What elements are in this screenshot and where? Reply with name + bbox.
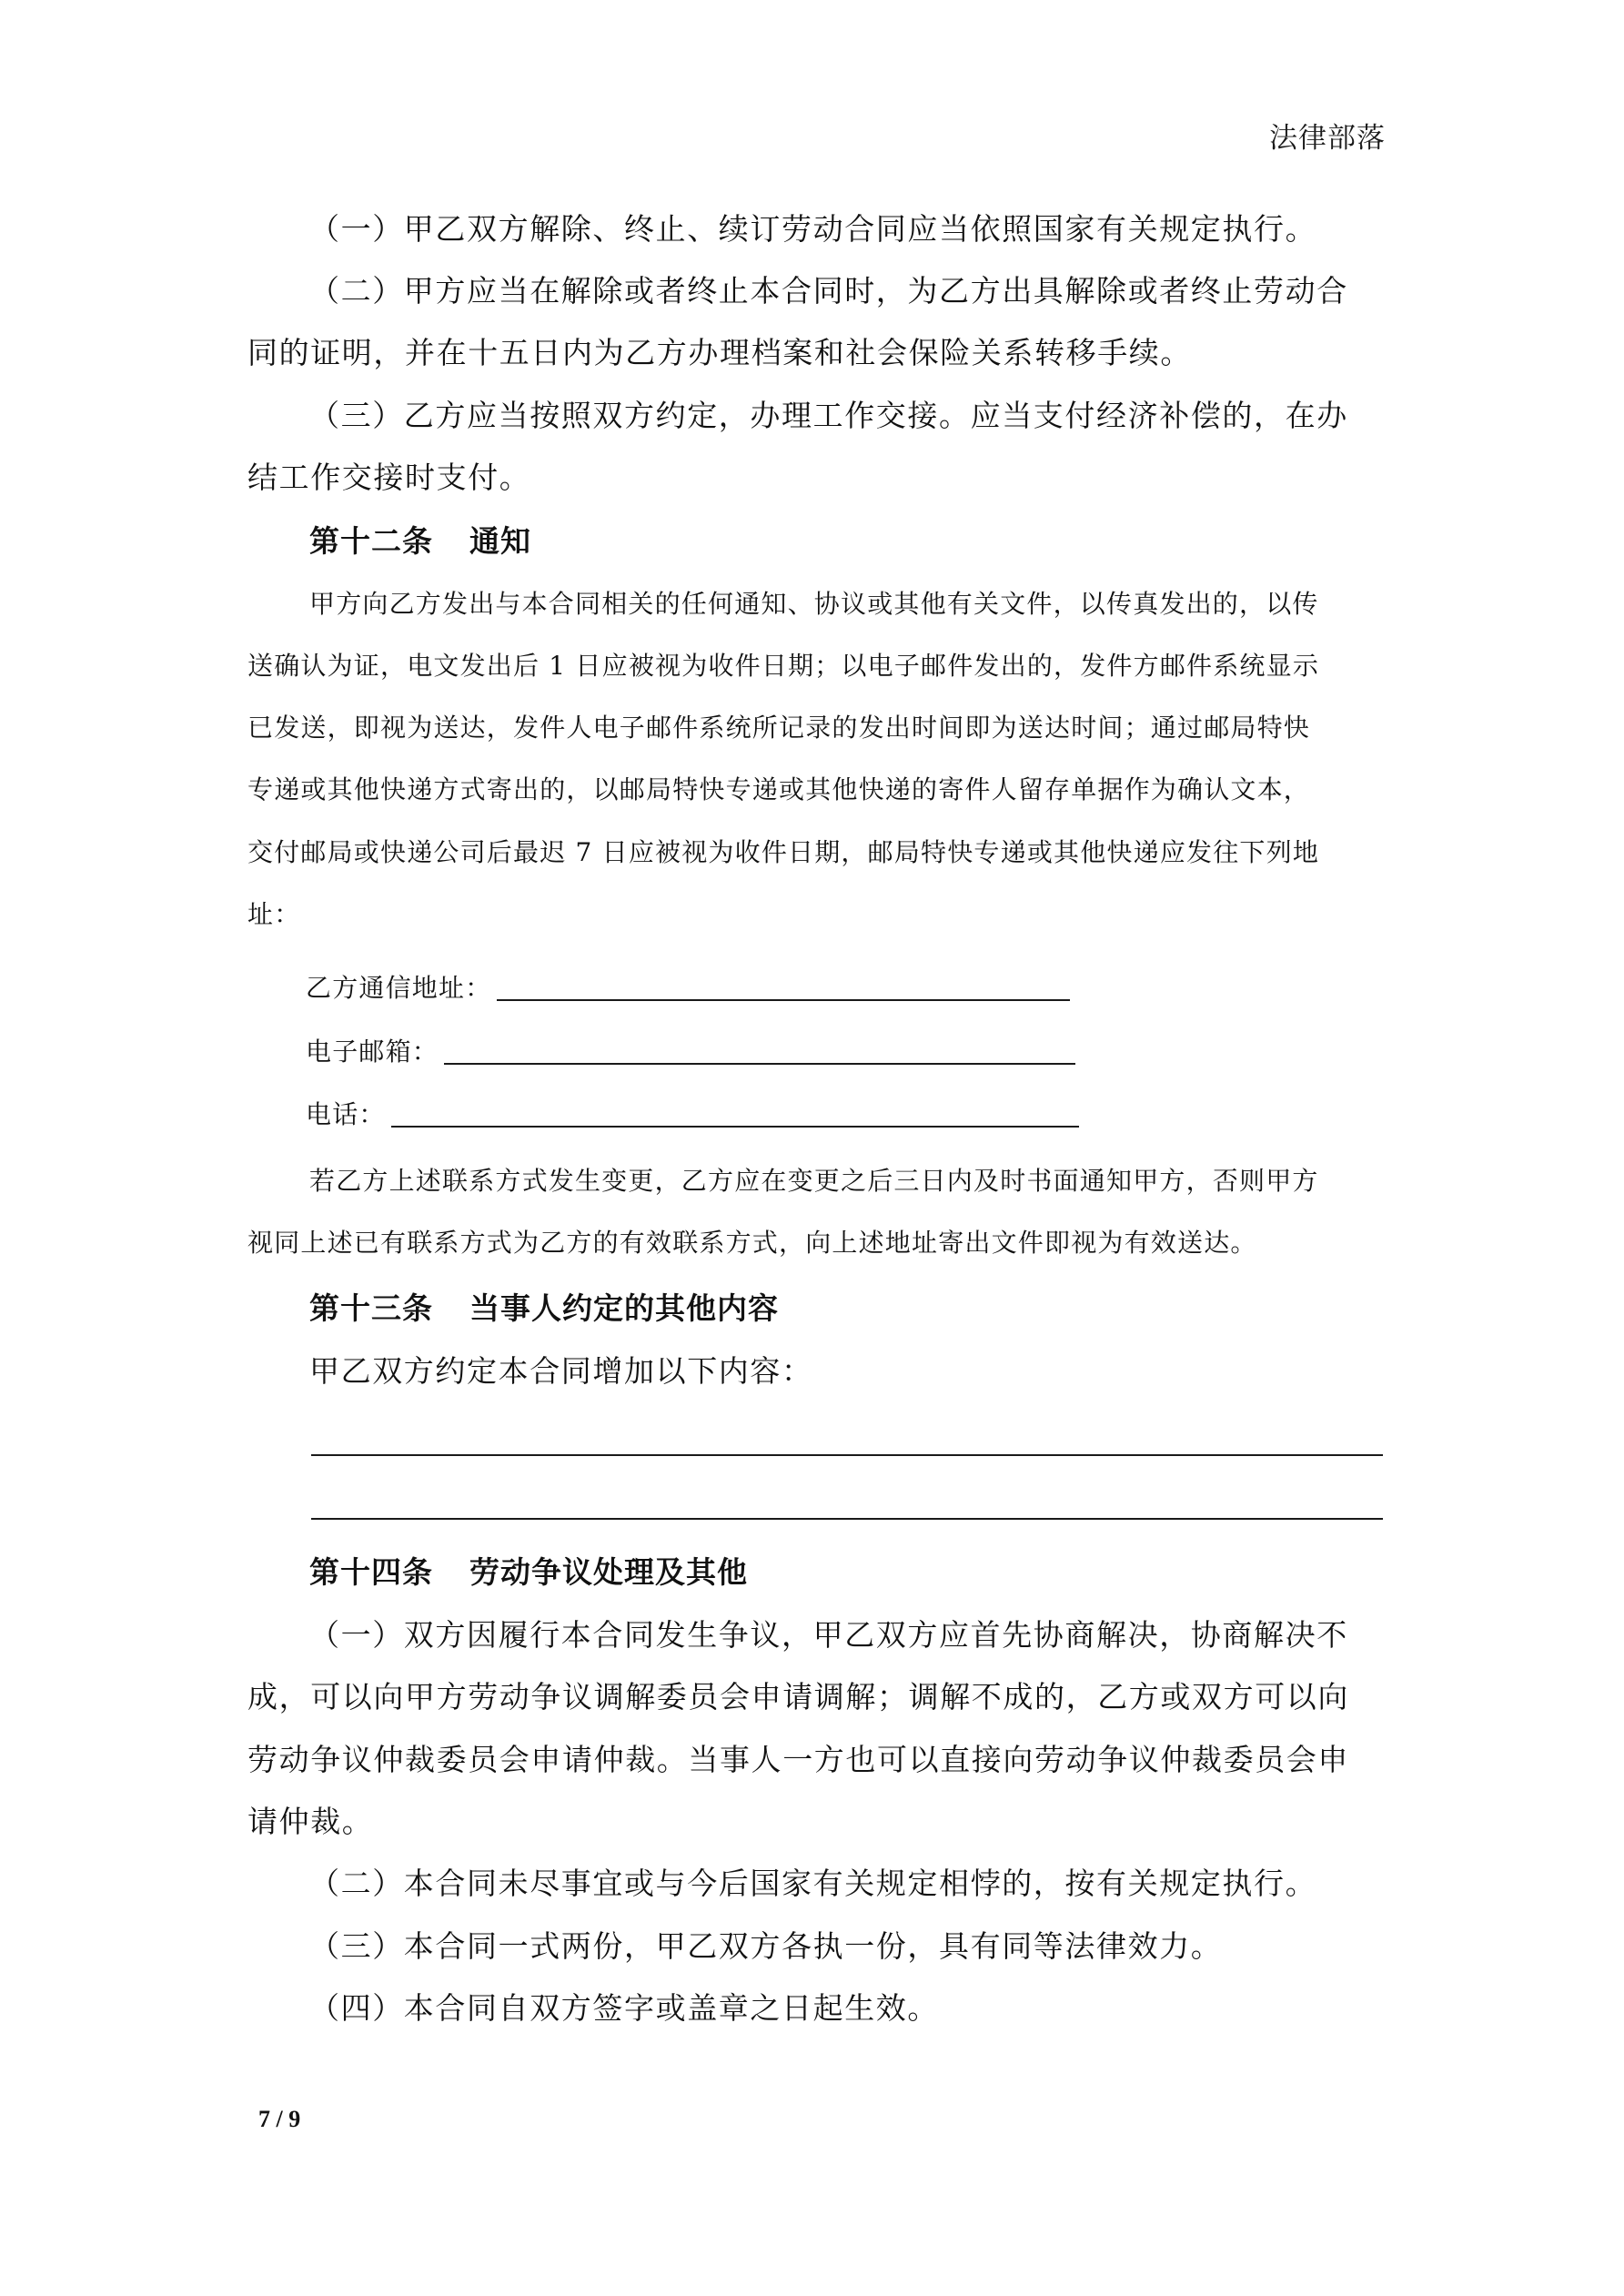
page-number: 7 / 9 bbox=[258, 2106, 300, 2133]
field-label: 电话： bbox=[306, 1098, 386, 1131]
clause-line: 劳动争议仲裁委员会申请仲裁。当事人一方也可以直接向劳动争议仲裁委员会申 bbox=[247, 1742, 1349, 1778]
clause-line: （三）本合同一式两份，甲乙双方各执一份，具有同等法律效力。 bbox=[309, 1928, 1222, 1965]
clause-line: 成，可以向甲方劳动争议调解委员会申请调解；调解不成的，乙方或双方可以向 bbox=[247, 1679, 1349, 1715]
article-number: 第十三条 bbox=[309, 1290, 433, 1326]
clause-line: 请仲裁。 bbox=[247, 1804, 373, 1840]
paragraph-line: 专递或其他快递方式寄出的，以邮局特快专递或其他快递的寄件人留存单据作为确认文本， bbox=[247, 772, 1310, 808]
clause-line: （四）本合同自双方签字或盖章之日起生效。 bbox=[309, 1990, 939, 2027]
clause-line: （一）甲乙双方解除、终止、续订劳动合同应当依照国家有关规定执行。 bbox=[309, 211, 1316, 248]
clause-line: 同的证明，并在十五日内为乙方办理档案和社会保险关系转移手续。 bbox=[247, 335, 1192, 371]
paragraph-line: 交付邮局或快递公司后最迟 7 日应被视为收件日期，邮局特快专递或其他快递应发往下… bbox=[247, 834, 1319, 871]
clause-line: （二）本合同未尽事宜或与今后国家有关规定相悖的，按有关规定执行。 bbox=[309, 1866, 1316, 1902]
clause-line: （二）甲方应当在解除或者终止本合同时，为乙方出具解除或者终止劳动合 bbox=[309, 273, 1348, 309]
article-13-intro: 甲乙双方约定本合同增加以下内容： bbox=[309, 1353, 813, 1390]
article-14-heading: 第十四条劳动争议处理及其他 bbox=[309, 1554, 748, 1591]
blank-line-2[interactable] bbox=[311, 1518, 1383, 1520]
blank-line-1[interactable] bbox=[311, 1454, 1383, 1456]
article-title: 劳动争议处理及其他 bbox=[469, 1554, 748, 1590]
clause-line: （三）乙方应当按照双方约定，办理工作交接。应当支付经济补偿的，在办 bbox=[309, 398, 1348, 434]
header-brand: 法律部落 bbox=[1269, 115, 1386, 156]
paragraph-line: 甲方向乙方发出与本合同相关的任何通知、协议或其他有关文件，以传真发出的，以传 bbox=[309, 586, 1319, 622]
article-13-heading: 第十三条当事人约定的其他内容 bbox=[309, 1290, 779, 1327]
paragraph-line: 视同上述已有联系方式为乙方的有效联系方式，向上述地址寄出文件即视为有效送达。 bbox=[247, 1225, 1257, 1261]
article-12-heading: 第十二条通知 bbox=[309, 523, 531, 560]
address-field: 乙方通信地址： bbox=[306, 972, 1070, 1005]
article-title: 通知 bbox=[469, 523, 531, 559]
article-title: 当事人约定的其他内容 bbox=[469, 1290, 779, 1326]
article-number: 第十四条 bbox=[309, 1554, 433, 1590]
clause-line: 结工作交接时支付。 bbox=[247, 460, 530, 496]
paragraph-line: 址： bbox=[247, 896, 300, 933]
phone-blank[interactable] bbox=[391, 1126, 1079, 1128]
clause-line: （一）双方因履行本合同发生争议，甲乙双方应首先协商解决，协商解决不 bbox=[309, 1617, 1348, 1654]
paragraph-line: 若乙方上述联系方式发生变更，乙方应在变更之后三日内及时书面通知甲方，否则甲方 bbox=[309, 1163, 1319, 1199]
article-number: 第十二条 bbox=[309, 523, 433, 559]
field-label: 电子邮箱： bbox=[306, 1036, 439, 1068]
email-field: 电子邮箱： bbox=[306, 1036, 1075, 1068]
paragraph-line: 已发送，即视为送达，发件人电子邮件系统所记录的发出时间即为送达时间；通过邮局特快 bbox=[247, 710, 1310, 746]
email-blank[interactable] bbox=[444, 1063, 1075, 1065]
address-blank[interactable] bbox=[497, 999, 1070, 1001]
paragraph-line: 送确认为证，电文发出后 1 日应被视为收件日期；以电子邮件发出的，发件方邮件系统… bbox=[247, 648, 1319, 684]
field-label: 乙方通信地址： bbox=[306, 972, 491, 1005]
phone-field: 电话： bbox=[306, 1098, 1079, 1131]
